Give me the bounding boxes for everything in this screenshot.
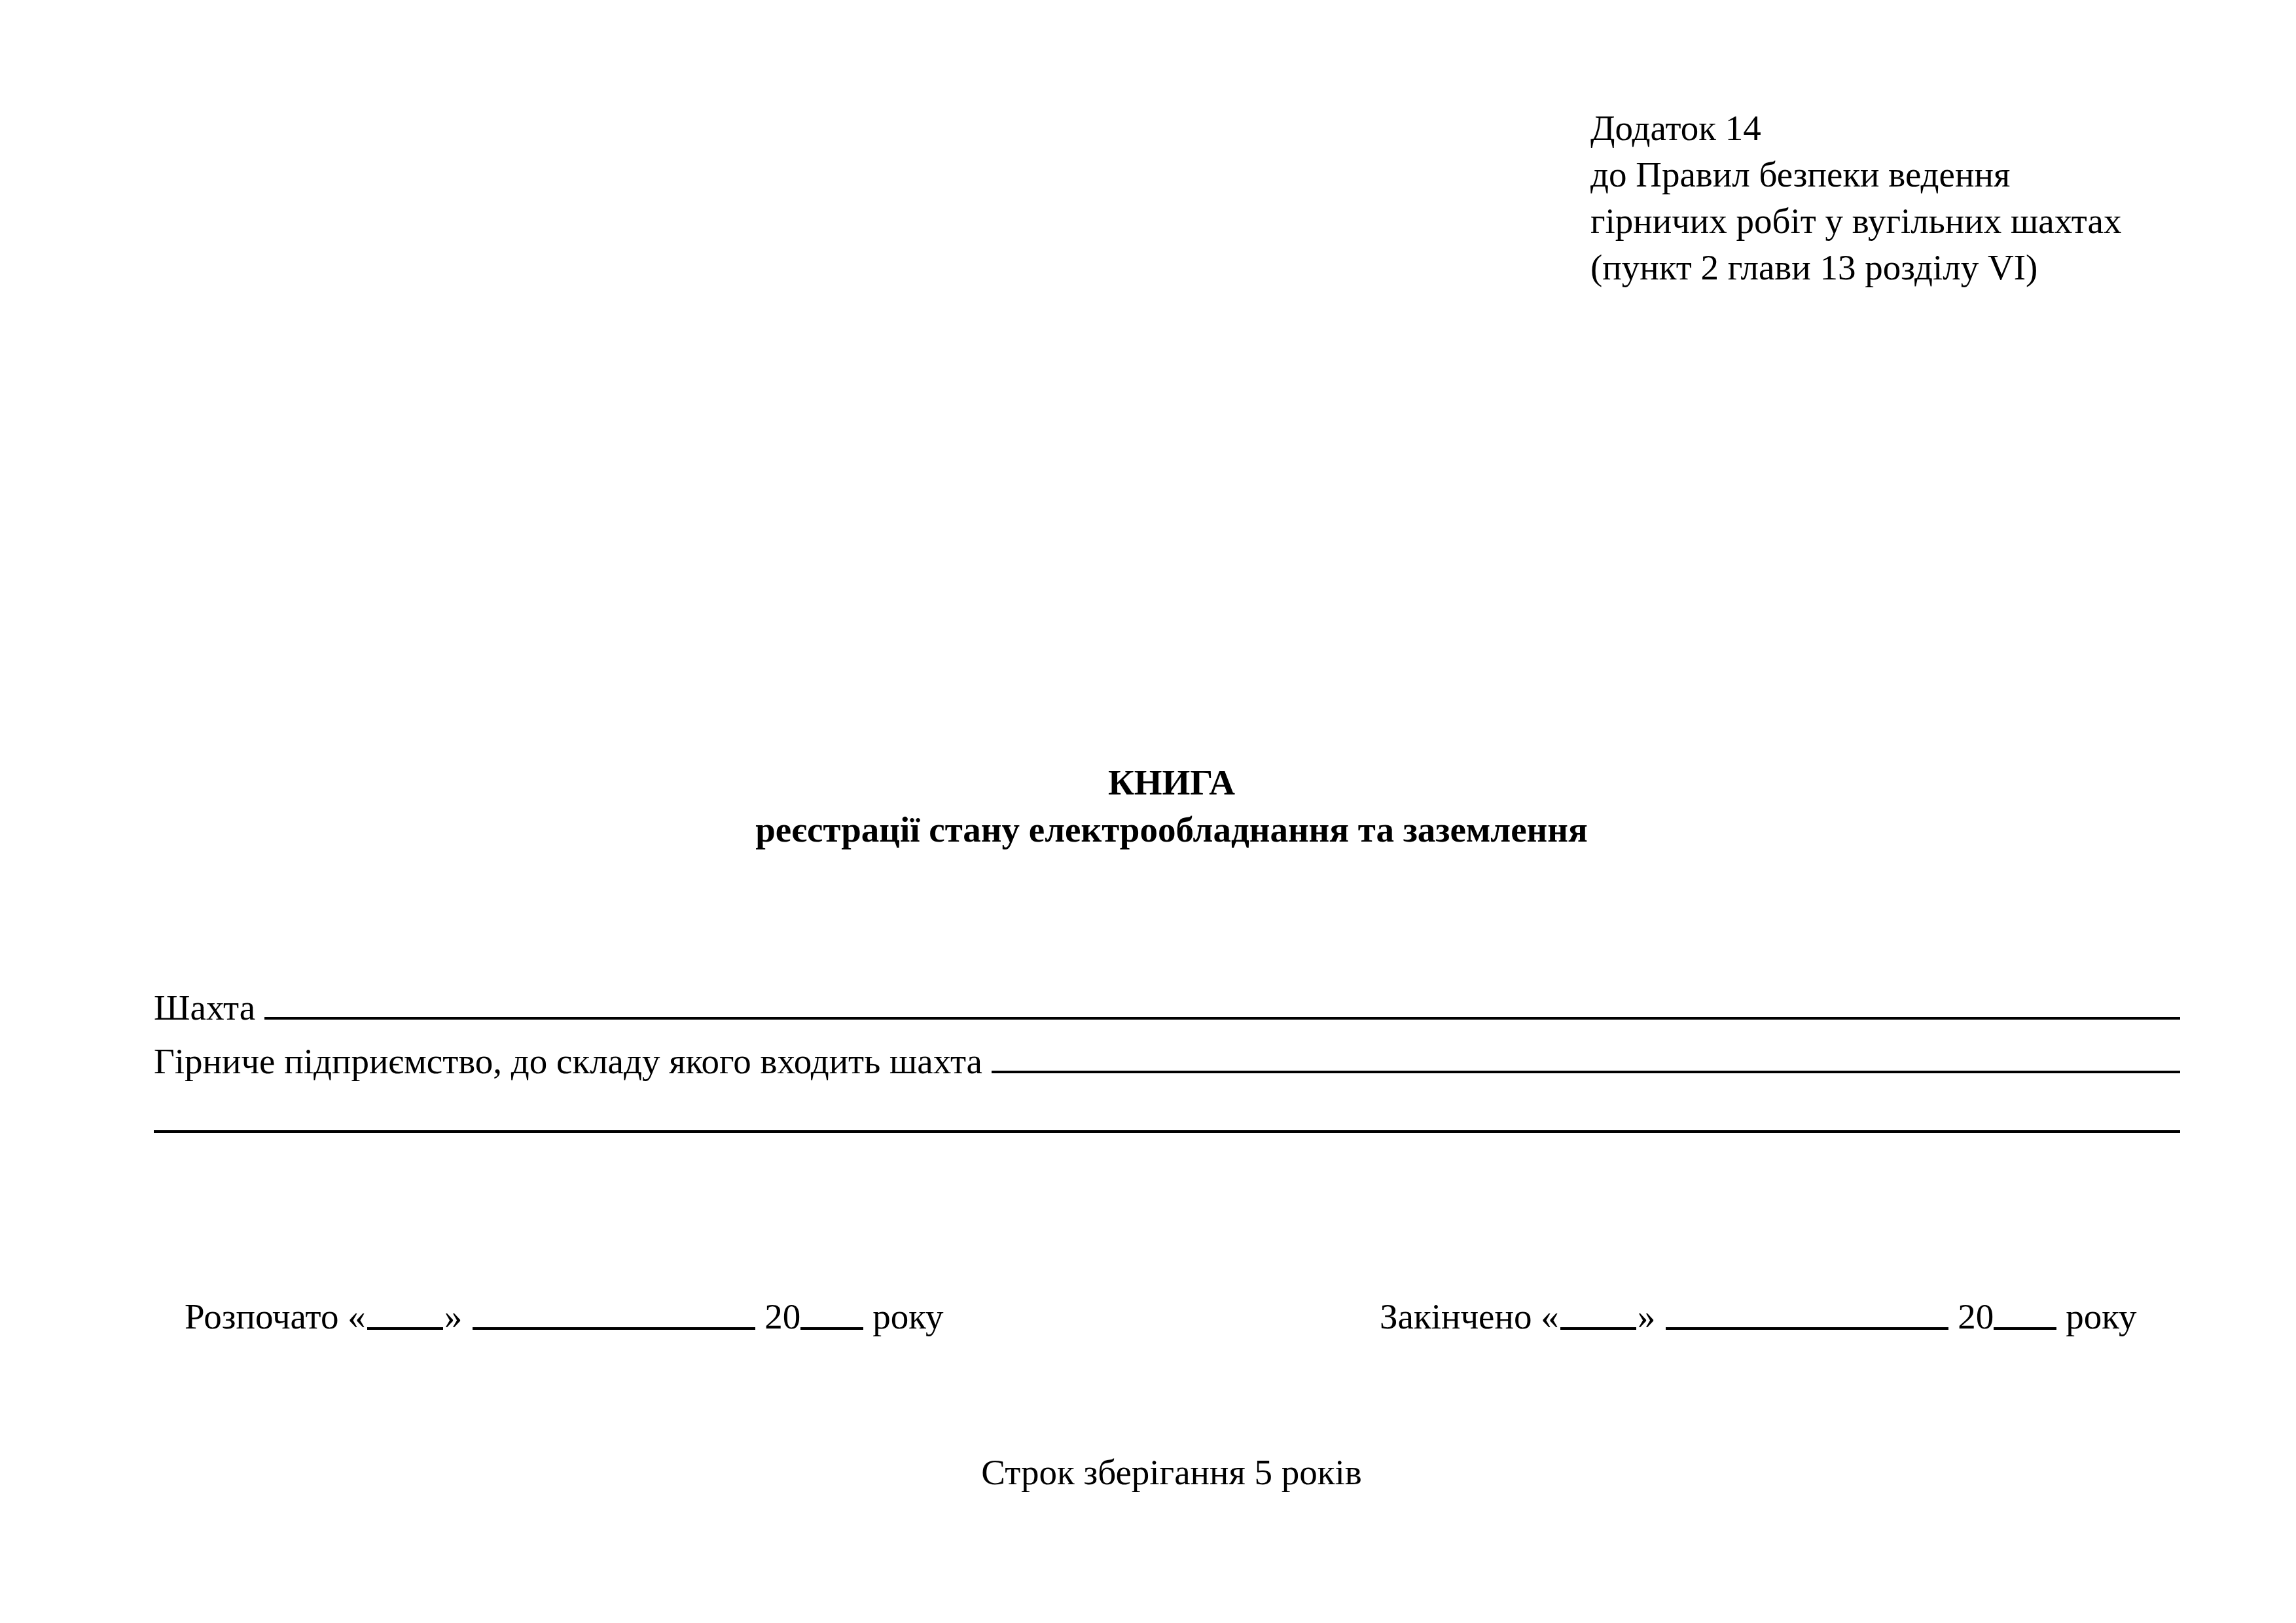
start-date-label: Розпочато [185, 1296, 338, 1338]
appendix-reference-line-3: (пункт 2 глави 13 розділу VI) [1590, 244, 2121, 291]
end-day-blank[interactable] [1560, 1327, 1636, 1330]
end-month-blank[interactable] [1666, 1327, 1948, 1330]
appendix-number: Додаток 14 [1590, 105, 2121, 151]
appendix-header: Додаток 14 до Правил безпеки ведення гір… [1590, 105, 2121, 291]
end-date: Закінчено « » 20 року [1380, 1296, 2137, 1338]
end-year-blank[interactable] [1994, 1327, 2056, 1330]
mine-field: Шахта [154, 987, 2180, 1029]
start-year-word: року [872, 1296, 943, 1338]
end-century: 20 [1958, 1296, 1994, 1338]
retention-period: Строк зберігання 5 років [0, 1452, 2296, 1493]
start-century: 20 [764, 1296, 800, 1338]
start-date: Розпочато « » 20 року [185, 1296, 944, 1338]
start-open-quote: « [348, 1296, 366, 1338]
enterprise-label: Гірниче підприємство, до складу якого вх… [154, 1041, 992, 1082]
appendix-reference-line-1: до Правил безпеки ведення [1590, 151, 2121, 198]
title-main: КНИГА [0, 759, 2296, 806]
appendix-reference-line-2: гірничих робіт у вугільних шахтах [1590, 198, 2121, 244]
enterprise-field: Гірниче підприємство, до складу якого вх… [154, 1041, 2180, 1082]
end-close-quote: » [1638, 1296, 1656, 1338]
end-open-quote: « [1541, 1296, 1559, 1338]
start-year-blank[interactable] [800, 1327, 863, 1330]
title-subtitle: реєстрації стану електрообладнання та за… [0, 806, 2296, 853]
end-date-label: Закінчено [1380, 1296, 1532, 1338]
start-close-quote: » [444, 1296, 463, 1338]
mine-label: Шахта [154, 987, 264, 1029]
start-day-blank[interactable] [367, 1327, 443, 1330]
enterprise-input-line[interactable] [992, 1071, 2180, 1073]
mine-input-line[interactable] [264, 1017, 2180, 1020]
end-year-word: року [2066, 1296, 2136, 1338]
document-title: КНИГА реєстрації стану електрообладнання… [0, 759, 2296, 853]
start-month-blank[interactable] [473, 1327, 755, 1330]
enterprise-continuation-line[interactable] [154, 1130, 2180, 1133]
